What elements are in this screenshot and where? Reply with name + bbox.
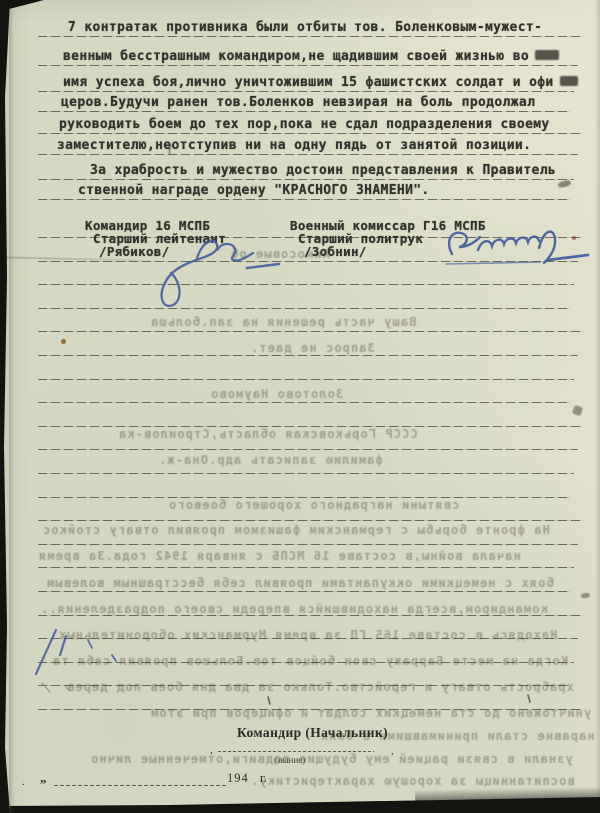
scanned-award-document: Лимосовые обВашу часть решения на зап.бо…	[0, 0, 600, 813]
paper-stain	[61, 339, 66, 344]
paper-sheet	[0, 0, 600, 806]
red-speck	[572, 236, 576, 240]
